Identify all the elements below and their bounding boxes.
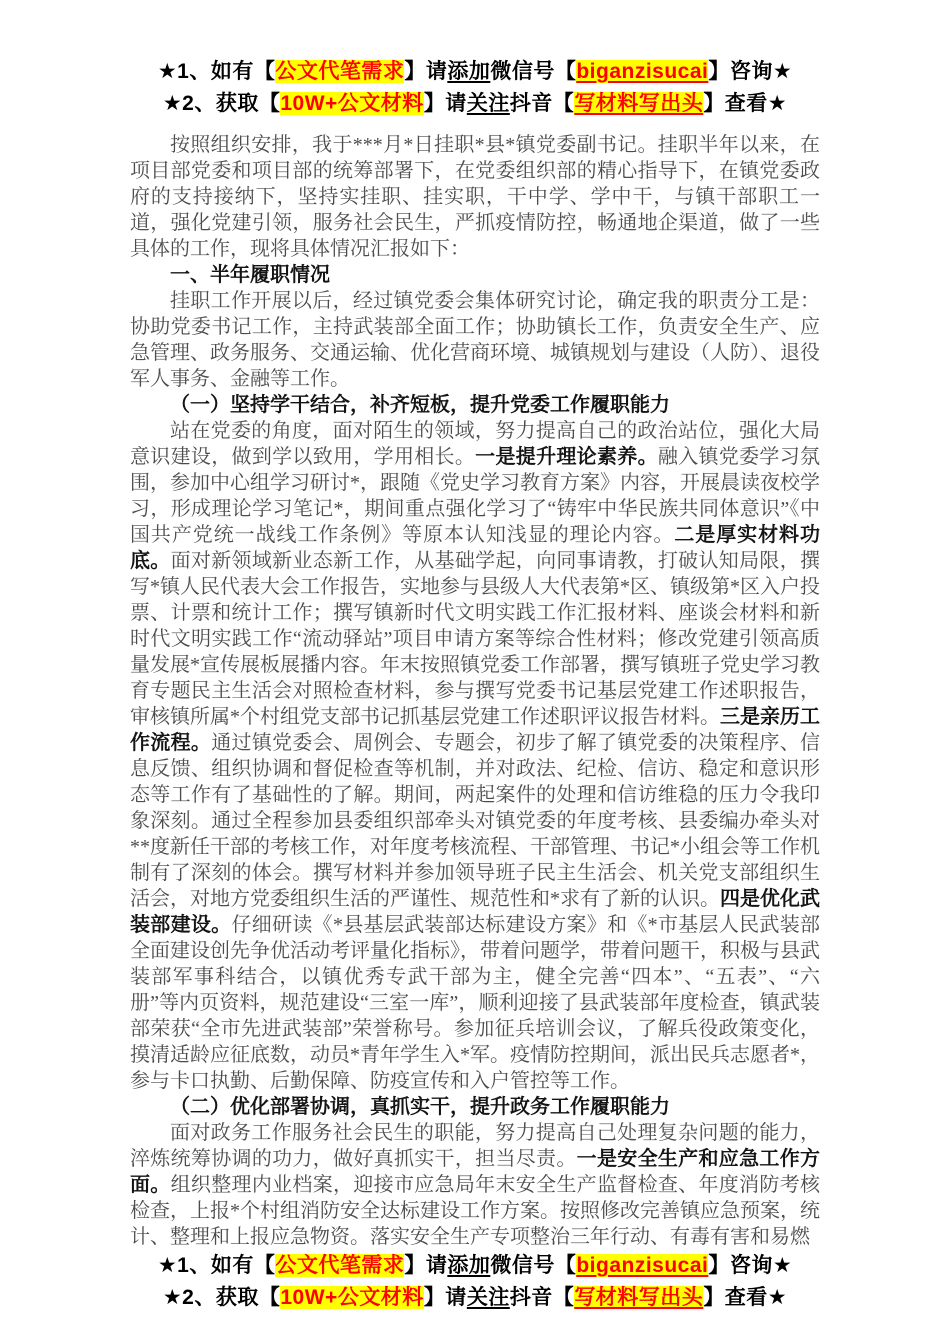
text-run: 微信号【 bbox=[490, 1254, 576, 1277]
section-heading: 一、半年履职情况 bbox=[130, 262, 820, 288]
text-run: 】请 bbox=[424, 1286, 467, 1309]
text-run: 仔细研读《*县基层武装部达标建设方案》和《*市基层人民武装部全面建设创先争优活动… bbox=[130, 914, 820, 1092]
text-run: 面对新领域新业态新工作，从基础学起，向同事请教，打破认知局限，撰写*镇人民代表大… bbox=[130, 550, 820, 728]
bold-text-run: （一）坚持学干结合，补齐短板，提升党委工作履职能力 bbox=[170, 394, 670, 416]
text-run: 挂职工作开展以后，经过镇党委会集体研究讨论，确定我的职责分工是：协助党委书记工作… bbox=[130, 290, 820, 390]
body-paragraph: 站在党委的角度，面对陌生的领域，努力提高自己的政治站位，强化大局意识建设，做到学… bbox=[130, 418, 820, 1094]
bold-text-run: 一是提升理论素养。 bbox=[475, 446, 658, 468]
underlined-text: 添加 bbox=[447, 1254, 490, 1277]
text-run: 】请 bbox=[404, 1254, 447, 1277]
text-run: 微信号【 bbox=[490, 60, 576, 83]
underlined-text: 关注 bbox=[467, 92, 510, 115]
text-run: 】请 bbox=[404, 60, 447, 83]
notice-banner-bottom: ★1、如有【公文代笔需求】请添加微信号【biganzisucai】咨询★ ★2、… bbox=[130, 1250, 820, 1314]
text-run: 】请 bbox=[424, 92, 467, 115]
bold-text-run: 一、半年履职情况 bbox=[170, 264, 330, 286]
text-run: ★2、获取【 bbox=[163, 1286, 281, 1309]
underlined-text: 添加 bbox=[447, 60, 490, 83]
underlined-text: 关注 bbox=[467, 1286, 510, 1309]
text-run: ★2、获取【 bbox=[163, 92, 281, 115]
notice-line-2: ★2、获取【10W+公文材料】请关注抖音【写材料写出头】查看★ bbox=[130, 1282, 820, 1314]
text-run: 组织整理内业档案，迎接市应急局年末安全生产监督检查、年度消防考核检查，上报*个村… bbox=[130, 1174, 820, 1248]
highlighted-text: 公文代笔需求 bbox=[275, 60, 404, 83]
notice-banner-top: ★1、如有【公文代笔需求】请添加微信号【biganzisucai】咨询★ ★2、… bbox=[130, 56, 820, 120]
notice-line-2: ★2、获取【10W+公文材料】请关注抖音【写材料写出头】查看★ bbox=[130, 88, 820, 120]
body-paragraph: 挂职工作开展以后，经过镇党委会集体研究讨论，确定我的职责分工是：协助党委书记工作… bbox=[130, 288, 820, 392]
document-body: 按照组织安排，我于***月*日挂职*县*镇党委副书记。挂职半年以来，在项目部党委… bbox=[130, 132, 820, 1250]
text-run: 按照组织安排，我于***月*日挂职*县*镇党委副书记。挂职半年以来，在项目部党委… bbox=[130, 134, 820, 260]
highlighted-text: biganzisucai bbox=[576, 60, 708, 83]
highlighted-text: 公文代笔需求 bbox=[275, 1254, 404, 1277]
text-run: 抖音【 bbox=[510, 92, 575, 115]
highlighted-text: 写材料写出头 bbox=[574, 1286, 703, 1309]
section-heading: （一）坚持学干结合，补齐短板，提升党委工作履职能力 bbox=[130, 392, 820, 418]
notice-line-1: ★1、如有【公文代笔需求】请添加微信号【biganzisucai】咨询★ bbox=[130, 56, 820, 88]
document-page: ★1、如有【公文代笔需求】请添加微信号【biganzisucai】咨询★ ★2、… bbox=[0, 0, 950, 1344]
text-run: 抖音【 bbox=[510, 1286, 575, 1309]
highlighted-text: 写材料写出头 bbox=[574, 92, 703, 115]
highlighted-text: biganzisucai bbox=[576, 1254, 708, 1277]
section-heading: （二）优化部署协调，真抓实干，提升政务工作履职能力 bbox=[130, 1094, 820, 1120]
highlighted-text: 10W+公文材料 bbox=[280, 92, 423, 115]
body-paragraph: 面对政务工作服务社会民生的职能，努力提高自己处理复杂问题的能力，淬炼统筹协调的功… bbox=[130, 1120, 820, 1250]
bold-text-run: （二）优化部署协调，真抓实干，提升政务工作履职能力 bbox=[170, 1096, 670, 1118]
text-run: ★1、如有【 bbox=[158, 1254, 276, 1277]
text-run: ★1、如有【 bbox=[158, 60, 276, 83]
text-run: 】查看★ bbox=[703, 1286, 787, 1309]
highlighted-text: 10W+公文材料 bbox=[280, 1286, 423, 1309]
text-run: 通过镇党委会、周例会、专题会，初步了解了镇党委的决策程序、信息反馈、组织协调和督… bbox=[130, 732, 820, 910]
notice-line-1: ★1、如有【公文代笔需求】请添加微信号【biganzisucai】咨询★ bbox=[130, 1250, 820, 1282]
text-run: 】咨询★ bbox=[708, 60, 792, 83]
text-run: 】查看★ bbox=[703, 92, 787, 115]
text-run: 】咨询★ bbox=[708, 1254, 792, 1277]
body-paragraph: 按照组织安排，我于***月*日挂职*县*镇党委副书记。挂职半年以来，在项目部党委… bbox=[130, 132, 820, 262]
